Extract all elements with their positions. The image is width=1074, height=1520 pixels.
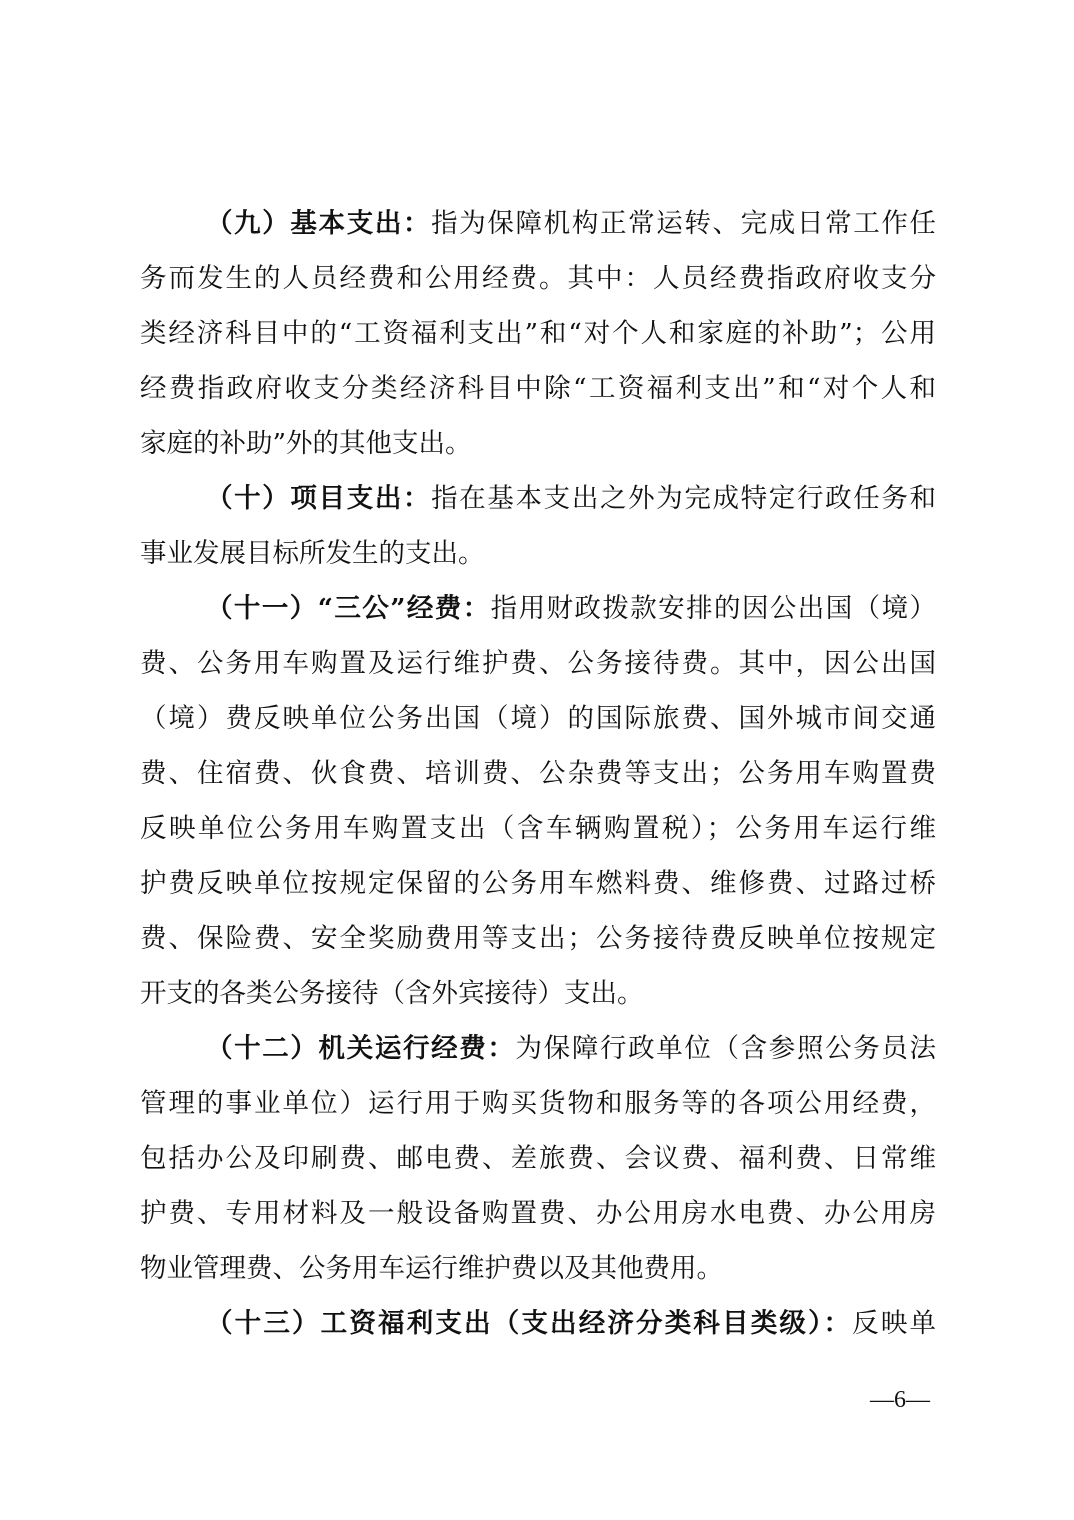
paragraph-9-heading: （九）基本支出： — [206, 208, 431, 239]
paragraph-10-line-2: 事业发展目标所发生的支出。 — [140, 536, 936, 572]
paragraph-9-line-5: 家庭的补助”外的其他支出。 — [140, 426, 936, 462]
paragraph-9-line-4: 经费指政府收支分类经济科目中除“工资福利支出”和“对个人和 — [140, 371, 936, 407]
page-number: —6— — [862, 1384, 938, 1416]
paragraph-12-line-5: 物业管理费、公务用车运行维护费以及其他费用。 — [140, 1251, 936, 1287]
paragraph-11-line-7: 费、保险费、安全奖励费用等支出；公务接待费反映单位按规定 — [140, 921, 936, 957]
paragraph-10-heading: （十）项目支出： — [206, 483, 431, 514]
paragraph-11-line-5: 反映单位公务用车购置支出（含车辆购置税）；公务用车运行维 — [140, 811, 936, 847]
document-page: （九）基本支出：指为保障机构正常运转、完成日常工作任 务而发生的人员经费和公用经… — [0, 0, 1074, 1520]
paragraph-12-line-2: 管理的事业单位）运行用于购买货物和服务等的各项公用经费， — [140, 1086, 936, 1122]
paragraph-12-heading: （十二）机关运行经费： — [206, 1033, 516, 1064]
paragraph-10-line-1: （十）项目支出：指在基本支出之外为完成特定行政任务和 — [206, 481, 936, 517]
paragraph-13-line-1: （十三）工资福利支出（支出经济分类科目类级）：反映单 — [206, 1306, 936, 1342]
paragraph-12-line-3: 包括办公及印刷费、邮电费、差旅费、会议费、福利费、日常维 — [140, 1141, 936, 1177]
paragraph-13-heading: （十三）工资福利支出（支出经济分类科目类级）： — [206, 1308, 852, 1339]
paragraph-9-line-3: 类经济科目中的“工资福利支出”和“对个人和家庭的补助”；公用 — [140, 316, 936, 352]
paragraph-11-line-4: 费、住宿费、伙食费、培训费、公杂费等支出；公务用车购置费 — [140, 756, 936, 792]
paragraph-11-line-6: 护费反映单位按规定保留的公务用车燃料费、维修费、过路过桥 — [140, 866, 936, 902]
paragraph-11-heading: （十一）“三公”经费： — [206, 593, 491, 624]
paragraph-11-line-2: 费、公务用车购置及运行维护费、公务接待费。其中，因公出国 — [140, 646, 936, 682]
paragraph-11-line-1: （十一）“三公”经费：指用财政拨款安排的因公出国（境） — [206, 591, 936, 627]
paragraph-9-line-1: （九）基本支出：指为保障机构正常运转、完成日常工作任 — [206, 206, 936, 242]
paragraph-11-line-8: 开支的各类公务接待（含外宾接待）支出。 — [140, 976, 936, 1012]
paragraph-9-line-2: 务而发生的人员经费和公用经费。其中：人员经费指政府收支分 — [140, 261, 936, 297]
paragraph-11-line-3: （境）费反映单位公务出国（境）的国际旅费、国外城市间交通 — [140, 701, 936, 737]
paragraph-12-line-4: 护费、专用材料及一般设备购置费、办公用房水电费、办公用房 — [140, 1196, 936, 1232]
paragraph-12-line-1: （十二）机关运行经费：为保障行政单位（含参照公务员法 — [206, 1031, 936, 1067]
